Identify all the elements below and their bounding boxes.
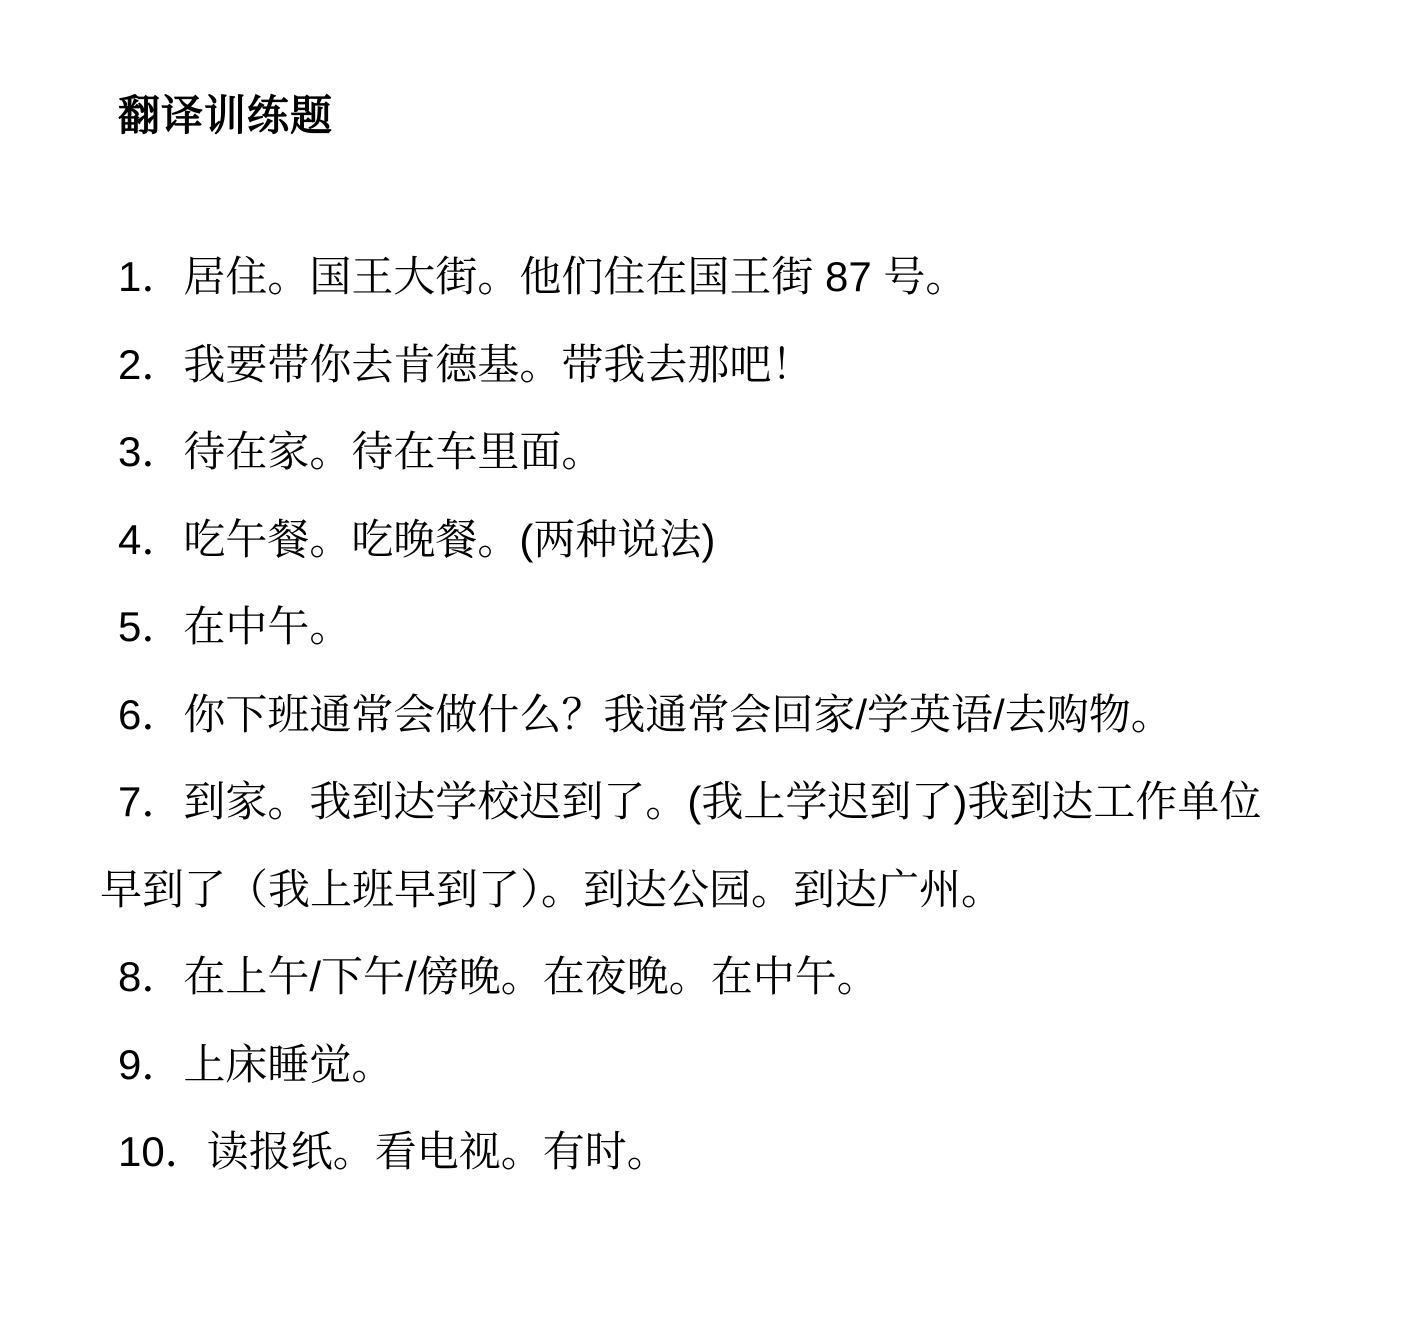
item-text: 待在家。待在车里面。 <box>183 428 603 475</box>
exercise-item-10: 10．读报纸。看电视。有时。 <box>100 1108 1280 1196</box>
item-number: 8． <box>118 953 183 1000</box>
exercise-item-3: 3．待在家。待在车里面。 <box>100 408 1280 496</box>
exercise-item-7: 7．到家。我到达学校迟到了。(我上学迟到了)我到达工作单位早到了（我上班早到了）… <box>100 758 1280 933</box>
item-number: 1． <box>118 253 183 300</box>
item-text: 在上午/下午/傍晚。在夜晚。在中午。 <box>183 953 878 1000</box>
exercise-item-9: 9．上床睡觉。 <box>100 1021 1280 1109</box>
exercise-item-2: 2．我要带你去肯德基。带我去那吧！ <box>100 321 1280 409</box>
page-title: 翻译训练题 <box>100 92 1317 140</box>
item-number: 9． <box>118 1041 183 1088</box>
item-text: 到家。我到达学校迟到了。(我上学迟到了)我到达工作单位早到了（我上班早到了）。到… <box>100 778 1261 913</box>
item-number: 4． <box>118 516 183 563</box>
exercise-item-1: 1．居住。国王大街。他们住在国王街 87 号。 <box>100 233 1280 321</box>
item-text: 居住。国王大街。他们住在国王街 87 号。 <box>183 253 967 300</box>
item-text: 读报纸。看电视。有时。 <box>207 1128 669 1175</box>
item-number: 7． <box>118 778 183 825</box>
exercise-item-5: 5．在中午。 <box>100 583 1280 671</box>
item-text: 我要带你去肯德基。带我去那吧！ <box>183 341 813 388</box>
exercise-item-4: 4．吃午餐。吃晚餐。(两种说法) <box>100 496 1280 584</box>
document-page: 翻译训练题 1．居住。国王大街。他们住在国王街 87 号。 2．我要带你去肯德基… <box>0 0 1417 1332</box>
exercise-item-8: 8．在上午/下午/傍晚。在夜晚。在中午。 <box>100 933 1280 1021</box>
item-text: 吃午餐。吃晚餐。(两种说法) <box>183 516 715 563</box>
item-text: 在中午。 <box>183 603 351 650</box>
item-number: 3． <box>118 428 183 475</box>
exercise-item-6: 6．你下班通常会做什么？我通常会回家/学英语/去购物。 <box>100 671 1280 759</box>
exercise-list: 1．居住。国王大街。他们住在国王街 87 号。 2．我要带你去肯德基。带我去那吧… <box>100 233 1280 1196</box>
item-number: 2． <box>118 341 183 388</box>
item-number: 10． <box>118 1128 207 1175</box>
item-number: 5． <box>118 603 183 650</box>
item-text: 上床睡觉。 <box>183 1041 393 1088</box>
item-number: 6． <box>118 691 183 738</box>
item-text: 你下班通常会做什么？我通常会回家/学英语/去购物。 <box>183 691 1172 738</box>
